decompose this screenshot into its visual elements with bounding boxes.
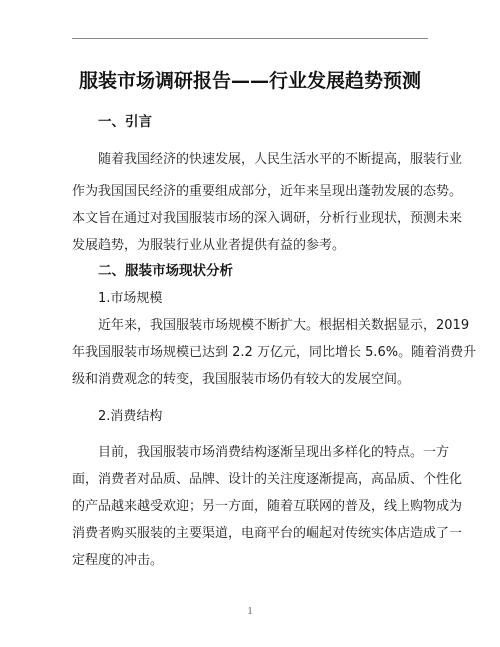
header-rule bbox=[72, 38, 428, 39]
paragraph-line: 随着我国经济的快速发展，人民生活水平的不断提高，服装行业 bbox=[98, 148, 462, 167]
paragraph-line: 年我国服装市场规模已达到 2.2 万亿元，同比增长 5.6%。随着消费升 bbox=[72, 341, 476, 360]
document-title: 服装市场调研报告——行业发展趋势预测 bbox=[0, 66, 500, 93]
paragraph-line: 近年来，我国服装市场规模不断扩大。根据相关数据显示，2019 bbox=[98, 314, 469, 333]
section-heading-market-analysis: 二、服装市场现状分析 bbox=[98, 259, 233, 279]
subsection-heading-consumption-structure: 2.消费结构 bbox=[98, 405, 162, 424]
page-number: 1 bbox=[0, 606, 500, 617]
paragraph-line: 本文旨在通过对我国服装市场的深入调研，分析行业现状，预测未来 bbox=[72, 207, 462, 226]
paragraph-line: 作为我国国民经济的重要组成部分，近年来呈现出蓬勃发展的态势。 bbox=[72, 180, 462, 199]
paragraph-line: 消费者购买服装的主要渠道，电商平台的崛起对传统实体店造成了一 bbox=[72, 522, 462, 541]
paragraph-line: 级和消费观念的转变，我国服装市场仍有较大的发展空间。 bbox=[72, 368, 410, 387]
paragraph-line: 目前，我国服装市场消费结构逐渐呈现出多样化的特点。一方 bbox=[98, 441, 449, 460]
paragraph-line: 的产品越来越受欢迎；另一方面，随着互联网的普及，线上购物成为 bbox=[72, 495, 462, 514]
subsection-heading-market-size: 1.市场规模 bbox=[98, 287, 162, 306]
section-heading-intro: 一、引言 bbox=[98, 110, 152, 130]
paragraph-line: 定程度的冲击。 bbox=[72, 549, 163, 568]
paragraph-line: 发展趋势，为服装行业从业者提供有益的参考。 bbox=[72, 234, 345, 253]
paragraph-line: 面，消费者对品质、品牌、设计的关注度逐渐提高，高品质、个性化 bbox=[72, 468, 462, 487]
